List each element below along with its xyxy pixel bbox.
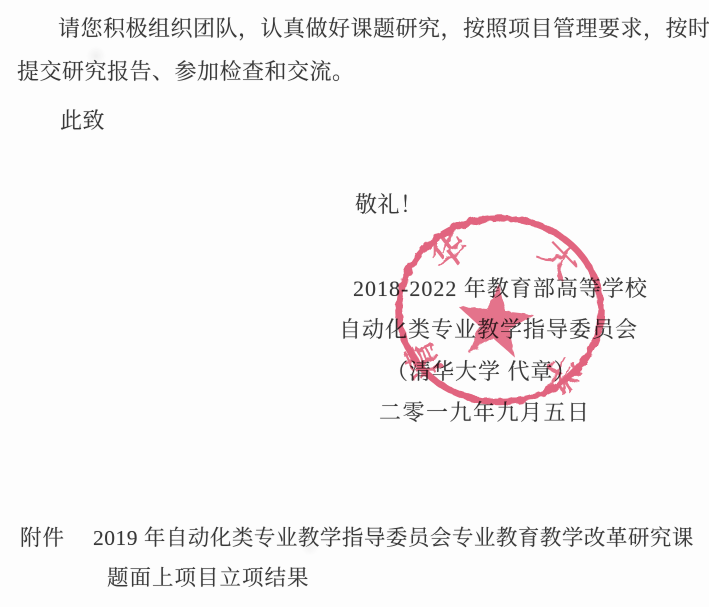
- seal-char-da: 大: [533, 233, 587, 287]
- body-line-1: 请您积极组织团队，认真做好课题研究，按照项目管理要求，按时: [58, 16, 709, 42]
- attachment-line-1: 2019 年自动化类专业教学指导委员会专业教育教学改革研究课: [93, 525, 694, 551]
- body-line-2: 提交研究报告、参加检查和交流。: [17, 59, 355, 85]
- official-seal: 清 华 大 学: [385, 205, 620, 415]
- attachment-label: 附件: [20, 525, 65, 551]
- seal-char-hua: 华: [423, 224, 477, 278]
- attachment-line-2: 题面上项目立项结果: [107, 565, 310, 591]
- five-pointed-star-icon: [454, 279, 537, 359]
- closing-cizhi: 此致: [60, 108, 105, 134]
- scanned-letter-page: 请您积极组织团队，认真做好课题研究，按照项目管理要求，按时 提交研究报告、参加检…: [0, 0, 709, 607]
